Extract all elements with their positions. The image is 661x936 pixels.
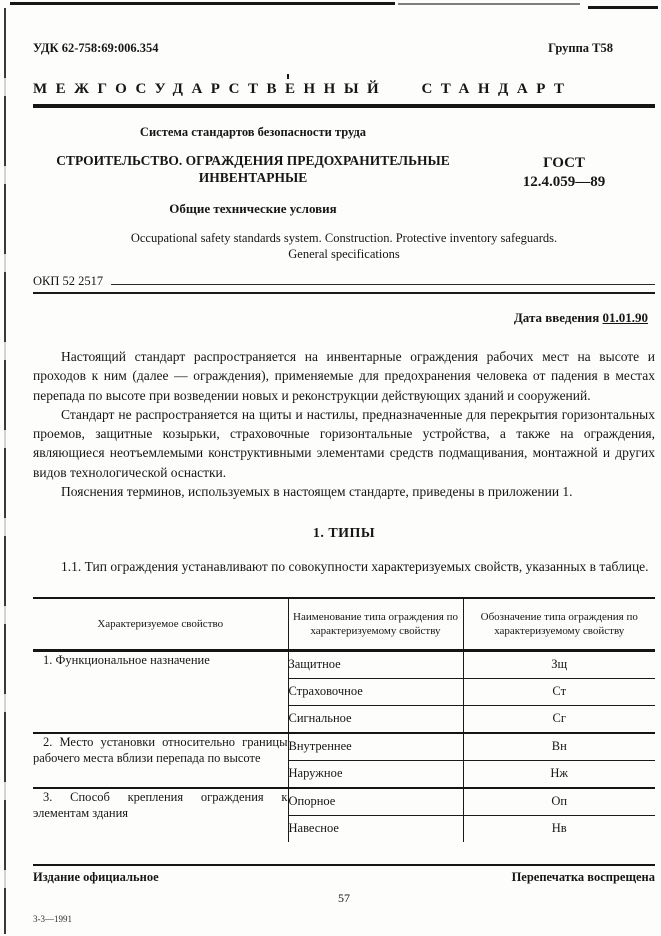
property-cell: 3. Способ крепления ограждения к элемент…: [33, 788, 288, 842]
introduction-date: Дата введения 01.01.90: [33, 310, 655, 326]
document-page: УДК 62-758:69:006.354 Группа Т58 МЕЖГОСУ…: [0, 0, 661, 936]
clause-1-1: 1.1. Тип ограждения устанавливают по сов…: [33, 557, 655, 576]
code-cell: Нж: [463, 760, 655, 788]
name-cell: Опорное: [288, 788, 463, 816]
name-cell: Сигнальное: [288, 705, 463, 733]
gost-number: 12.4.059—89: [473, 173, 655, 192]
code-cell: Зщ: [463, 650, 655, 678]
gost-label: ГОСТ: [473, 154, 655, 173]
standard-title-line-1: СТРОИТЕЛЬСТВО. ОГРАЖДЕНИЯ ПРЕДОХРАНИТЕЛЬ…: [33, 152, 473, 169]
okp-bottom-rule: [33, 292, 655, 294]
scope-paragraph-3: Пояснения терминов, используемых в насто…: [33, 482, 655, 501]
section-1-heading: 1. ТИПЫ: [33, 526, 655, 542]
page-footer: Издание официальное Перепечатка воспреще…: [33, 864, 655, 924]
table-header-row: Характеризуемое свойство Наименование ти…: [33, 598, 655, 651]
standard-title-en: Occupational safety standards system. Co…: [33, 230, 655, 262]
footer-row: Издание официальное Перепечатка воспреще…: [33, 870, 655, 885]
types-table: Характеризуемое свойство Наименование ти…: [33, 597, 655, 842]
title-left-column: Система стандартов безопасности труда СТ…: [33, 125, 473, 217]
document-content: УДК 62-758:69:006.354 Группа Т58 МЕЖГОСУ…: [33, 0, 655, 842]
table-row: 1. Функциональное назначение Защитное Зщ: [33, 650, 655, 678]
name-cell: Внутреннее: [288, 733, 463, 761]
print-order-code: 3-3—1991: [33, 914, 655, 924]
name-cell: Страховочное: [288, 678, 463, 705]
scope-paragraph-1: Настоящий стандарт распространяется на и…: [33, 347, 655, 405]
okp-code: ОКП 52 2517: [33, 274, 103, 289]
date-label: Дата введения: [514, 310, 599, 325]
name-cell: Навесное: [288, 815, 463, 842]
group-code: Группа Т58: [548, 41, 655, 56]
title-block: Система стандартов безопасности труда СТ…: [33, 125, 655, 217]
table-row: 2. Место установки относительно границы …: [33, 733, 655, 761]
footer-rule: [33, 864, 655, 866]
name-cell: Защитное: [288, 650, 463, 678]
heading-rule: [33, 104, 655, 108]
code-cell: Ст: [463, 678, 655, 705]
udk-code: УДК 62-758:69:006.354: [33, 41, 159, 56]
standard-title-line-2: ИНВЕНТАРНЫЕ: [33, 169, 473, 186]
scan-edge-artifact: [4, 8, 6, 934]
code-cell: Вн: [463, 733, 655, 761]
reprint-prohibited-label: Перепечатка воспрещена: [512, 870, 655, 885]
standard-kind-heading: МЕЖГОСУДАРСТВЕННЫЙ СТАНДАРТ: [33, 81, 655, 98]
name-cell: Наружное: [288, 760, 463, 788]
header-code: Обозначение типа ограждения по характери…: [463, 598, 655, 651]
standard-title-en-line-2: General specifications: [33, 246, 655, 262]
code-cell: Сг: [463, 705, 655, 733]
header-name: Наименование типа ограждения по характер…: [288, 598, 463, 651]
standards-system-title: Система стандартов безопасности труда: [33, 125, 473, 140]
code-cell: Оп: [463, 788, 655, 816]
property-cell: 1. Функциональное назначение: [33, 650, 288, 733]
standard-subtitle-ru: Общие технические условия: [33, 201, 473, 217]
date-value: 01.01.90: [603, 310, 649, 325]
okp-rule: [111, 284, 655, 285]
gost-designation: ГОСТ 12.4.059—89: [473, 125, 655, 217]
scope-paragraph-2: Стандарт не распространяется на щиты и н…: [33, 405, 655, 482]
standard-title-ru: СТРОИТЕЛЬСТВО. ОГРАЖДЕНИЯ ПРЕДОХРАНИТЕЛЬ…: [33, 152, 473, 186]
table-row: 3. Способ крепления ограждения к элемент…: [33, 788, 655, 816]
property-cell: 2. Место установки относительно границы …: [33, 733, 288, 788]
header-property: Характеризуемое свойство: [33, 598, 288, 651]
classification-row: УДК 62-758:69:006.354 Группа Т58: [33, 41, 655, 56]
standard-title-en-line-1: Occupational safety standards system. Co…: [33, 230, 655, 246]
code-cell: Нв: [463, 815, 655, 842]
official-edition-label: Издание официальное: [33, 870, 159, 885]
okp-row: ОКП 52 2517: [33, 274, 655, 289]
page-number: 57: [33, 891, 655, 906]
